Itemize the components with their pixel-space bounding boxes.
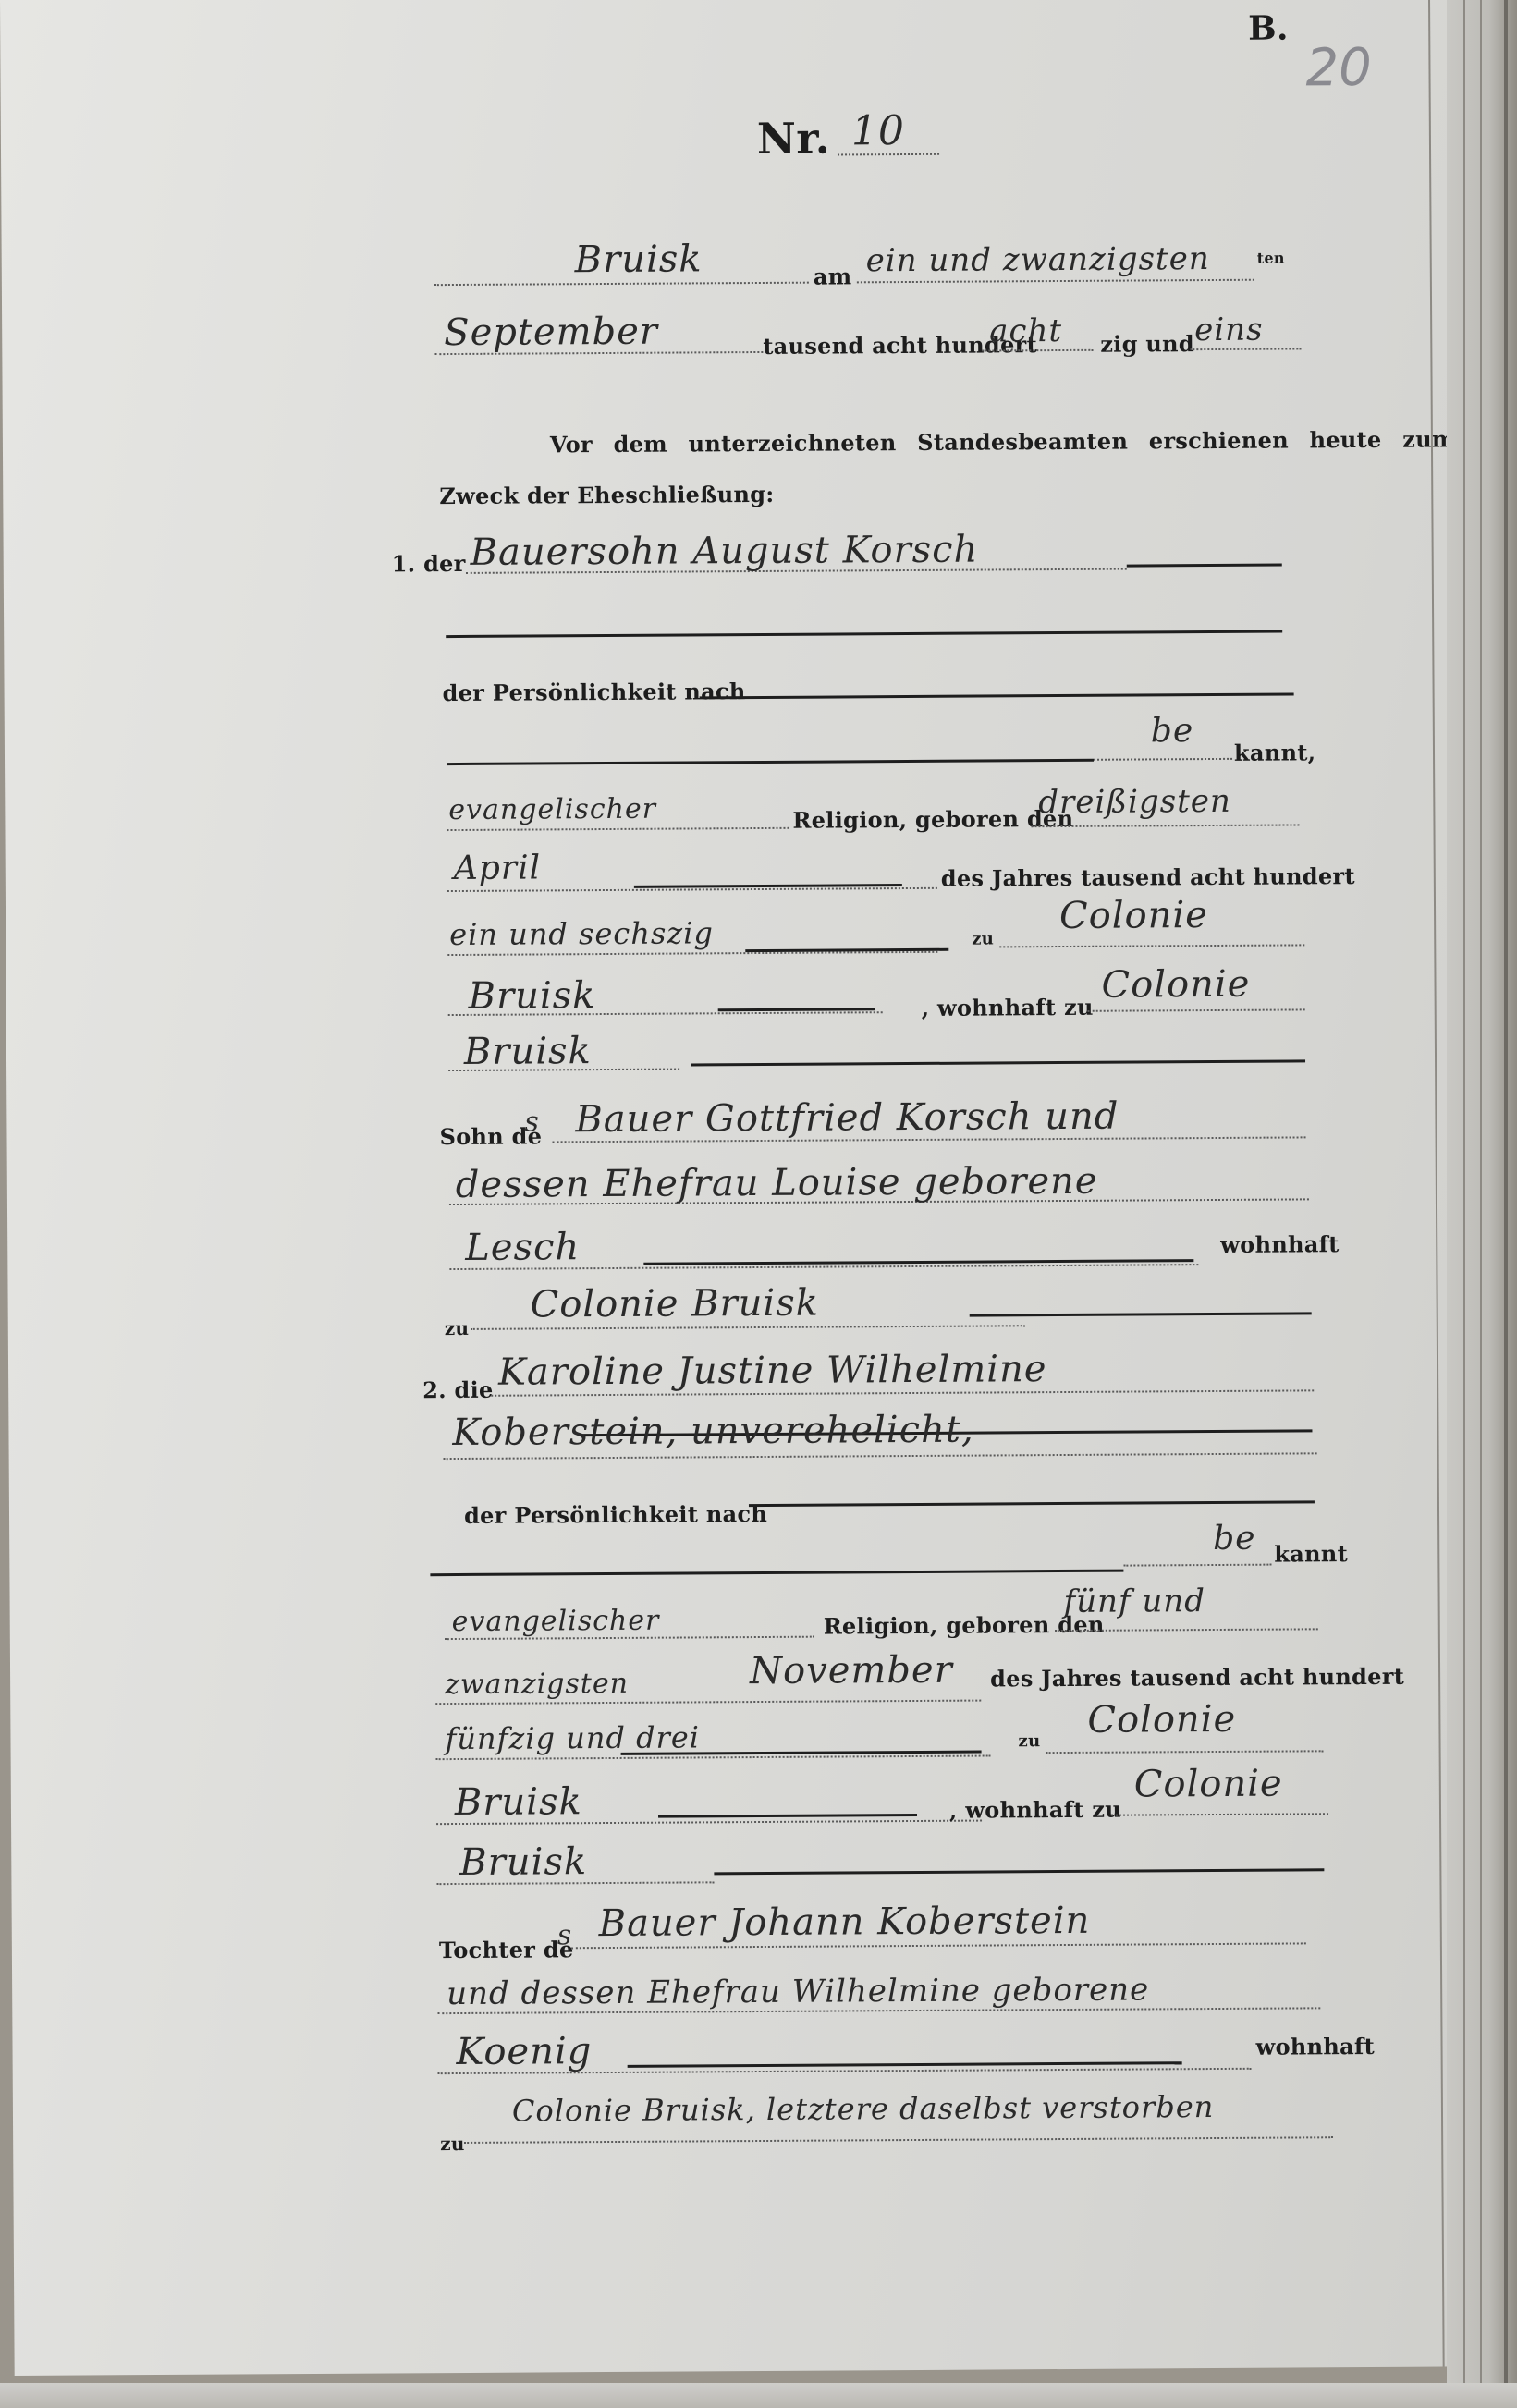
groom-known-line xyxy=(1094,758,1232,761)
bride-parents-residence-value: Colonie Bruisk, letztere daselbst versto… xyxy=(512,2089,1215,2129)
place-value: Bruisk xyxy=(575,238,703,281)
underlying-pages-edge xyxy=(1447,0,1517,2408)
groom-birthplace-label: zu xyxy=(972,929,994,948)
intro-line-1: Vor dem unterzeichneten Standesbeamten e… xyxy=(550,425,1456,458)
groom-parents-residence-value: Colonie Bruisk xyxy=(530,1282,819,1326)
bride-parents-residence-line xyxy=(464,2136,1333,2144)
groom-parents-residence-label: wohnhaft xyxy=(1220,1230,1340,1258)
book-binding-edge xyxy=(1504,0,1508,2408)
groom-name-filler xyxy=(1127,564,1282,568)
bride-parents-residence-label: wohnhaft xyxy=(1255,2033,1375,2060)
bride-name-value-2: Koberstein, unverehelicht, xyxy=(452,1409,973,1454)
groom-birthday-line xyxy=(1031,824,1299,827)
bride-residence-filler xyxy=(714,1868,1324,1875)
groom-known-value: be xyxy=(1151,712,1194,750)
groom-birthyear-line xyxy=(447,951,937,956)
bride-name-line-2 xyxy=(444,1452,1317,1460)
page-edge-line-2 xyxy=(1480,0,1482,2408)
groom-residence-value-2: Bruisk xyxy=(464,1030,592,1073)
bride-birthmonth-value: November xyxy=(750,1649,953,1693)
groom-name-value: Bauersohn August Korsch xyxy=(471,529,979,574)
groom-religion-value: evangelischer xyxy=(448,793,656,826)
pencil-page-number: 20 xyxy=(1305,38,1372,98)
bride-religion-value: evangelischer xyxy=(452,1605,660,1638)
year-unit-value: eins xyxy=(1194,312,1264,348)
bride-residence-line xyxy=(1111,1813,1328,1815)
bride-known-line xyxy=(1123,1564,1271,1567)
entry-number-line xyxy=(838,153,939,156)
groom-residence-line xyxy=(1088,1008,1305,1011)
groom-birthplace-value-1: Colonie xyxy=(1059,894,1208,937)
bride-parents-suffix: s xyxy=(557,1919,573,1951)
groom-identity-line xyxy=(700,692,1294,699)
bride-known-value: be xyxy=(1213,1520,1256,1558)
entry-label: Nr. xyxy=(757,114,830,164)
groom-parents-residence-filler xyxy=(970,1312,1312,1316)
bride-name-value-1: Karoline Justine Wilhelmine xyxy=(498,1348,1047,1394)
groom-parents-residence-prefix: zu xyxy=(445,1317,470,1339)
intro-line-2: Zweck der Eheschließung: xyxy=(439,481,774,509)
year-printed-2: zig und xyxy=(1100,330,1194,358)
groom-known-suffix: kannt, xyxy=(1234,739,1316,766)
page-edge-line-1 xyxy=(1463,0,1465,2408)
groom-parents-value-1: Bauer Gottfried Korsch und xyxy=(575,1095,1119,1142)
bride-parents-residence-prefix: zu xyxy=(440,2133,465,2155)
groom-year-label: des Jahres tausend acht hundert xyxy=(941,862,1355,892)
day-line xyxy=(857,279,1254,284)
place-line xyxy=(434,282,809,286)
groom-identity-line-2 xyxy=(447,759,1094,765)
groom-number-label: 1. der xyxy=(392,550,466,577)
bride-birthplace-value-1: Colonie xyxy=(1087,1698,1236,1742)
page-bottom-edge xyxy=(0,2383,1517,2408)
groom-parents-suffix: s xyxy=(524,1106,540,1138)
bride-parents-value-1: Bauer Johann Koberstein xyxy=(599,1900,1091,1945)
bride-year-label: des Jahres tausend acht hundert xyxy=(990,1663,1404,1693)
groom-parents-value-3: Lesch xyxy=(465,1226,580,1269)
bride-birthplace-filler xyxy=(658,1814,917,1818)
month-value: September xyxy=(444,311,658,354)
groom-religion-label: Religion, geboren den xyxy=(792,805,1073,834)
groom-birthyear-value: ein und sechszig xyxy=(449,915,714,952)
bride-identity-label: der Persönlichkeit nach xyxy=(464,1500,767,1529)
bride-birthyear-value: fünfzig und drei xyxy=(445,1719,700,1756)
day-value: ein und zwanzigsten xyxy=(866,240,1210,279)
groom-birthplace-line xyxy=(999,944,1304,947)
bride-identity-line xyxy=(749,1500,1315,1507)
bride-known-suffix: kannt xyxy=(1274,1540,1348,1567)
register-page: B. 20 Nr. 10 Bruisk am ein und zwanzigst… xyxy=(0,0,1494,2376)
groom-birthmonth-value: April xyxy=(454,849,542,887)
bride-birthplace-label: zu xyxy=(1018,1731,1040,1751)
bride-birthplace-value-2: Bruisk xyxy=(455,1780,582,1824)
decade-value: acht xyxy=(989,312,1062,349)
groom-residence-label: , wohnhaft zu xyxy=(922,994,1094,1021)
page-border-line xyxy=(1428,0,1445,2367)
bride-residence-label: , wohnhaft zu xyxy=(949,1796,1121,1824)
bride-parents-label: Tochter de xyxy=(439,1936,574,1963)
bride-identity-line-2 xyxy=(430,1570,1123,1577)
bride-birthday-line xyxy=(1055,1628,1318,1632)
bride-religion-label: Religion, geboren den xyxy=(824,1611,1105,1640)
groom-residence-filler xyxy=(691,1059,1305,1066)
bride-birthday-value-1: fünf und xyxy=(1063,1583,1205,1620)
groom-name-line-2 xyxy=(446,630,1282,639)
bride-parents-value-2: und dessen Ehefrau Wilhelmine geborene xyxy=(447,1971,1149,2012)
groom-birthday-value: dreißigsten xyxy=(1038,783,1231,821)
bride-number-label: 2. die xyxy=(422,1376,494,1403)
bride-parents-value-3: Koenig xyxy=(456,2030,592,2073)
bride-residence-value-1: Colonie xyxy=(1134,1763,1283,1806)
groom-parents-value-2: dessen Ehefrau Louise geborene xyxy=(456,1160,1098,1206)
date-prefix-label: am xyxy=(814,263,852,289)
bride-birthday-value-2: zwanzigsten xyxy=(445,1668,629,1701)
groom-identity-label: der Persönlichkeit nach xyxy=(442,678,745,706)
series-letter: B. xyxy=(1248,8,1289,47)
day-suffix-label: ten xyxy=(1257,250,1285,267)
groom-birthmonth-line xyxy=(447,887,937,892)
groom-birthplace-value-2: Bruisk xyxy=(468,974,595,1018)
entry-number: 10 xyxy=(851,107,905,154)
bride-parents-filler xyxy=(628,2061,1182,2068)
groom-religion-line xyxy=(447,827,789,831)
bride-residence-value-2: Bruisk xyxy=(459,1840,587,1884)
groom-residence-value-1: Colonie xyxy=(1101,963,1250,1007)
bride-birthplace-line xyxy=(1046,1750,1324,1754)
